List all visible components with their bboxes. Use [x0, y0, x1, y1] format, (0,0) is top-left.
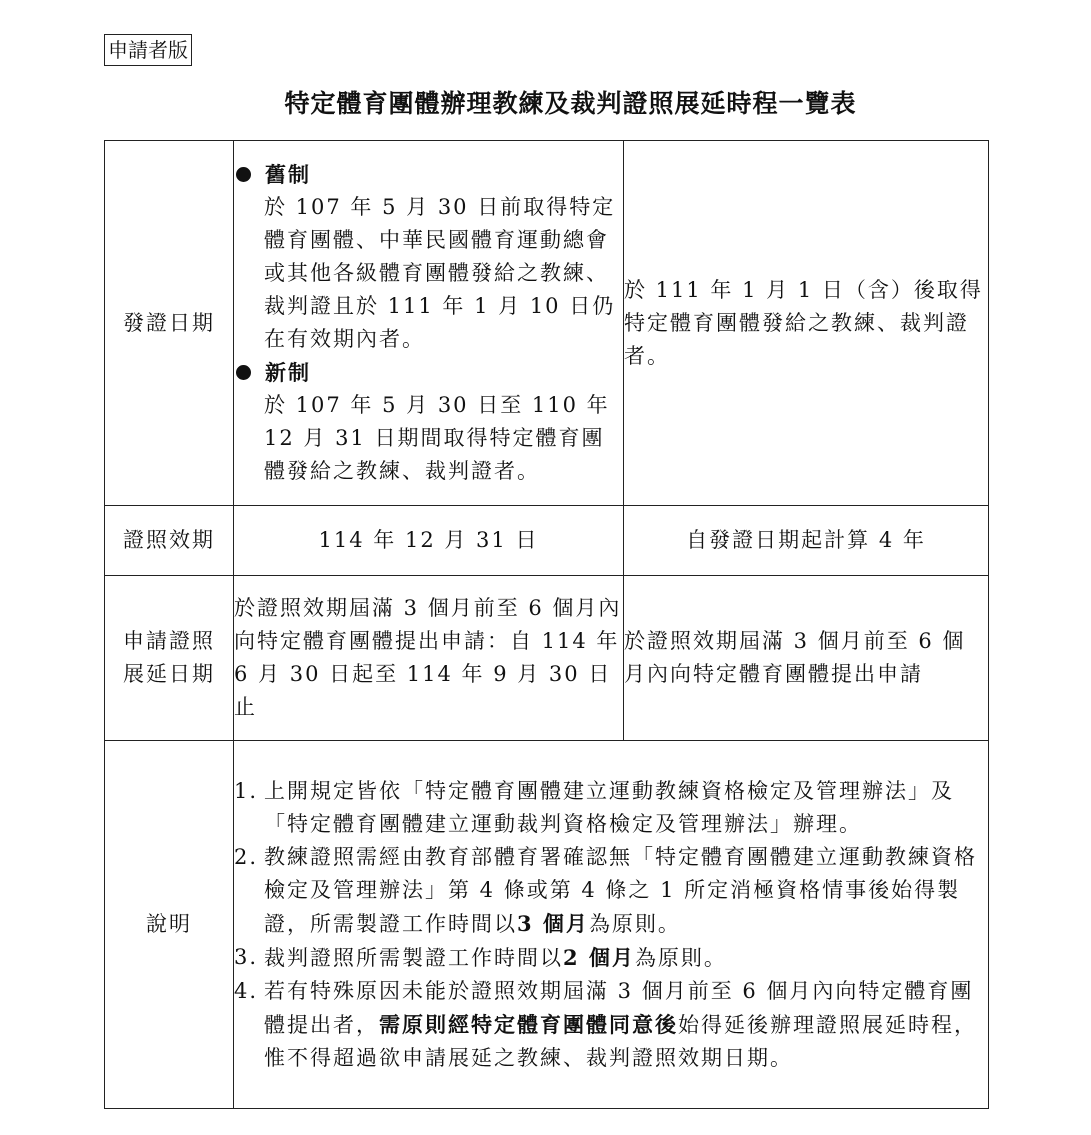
note-text-part: 為原則。	[589, 912, 681, 936]
row-label: 說明	[105, 741, 234, 1109]
row-label: 申請證照 展延日期	[105, 576, 234, 741]
old-new-system-cell: 舊制 於 107 年 5 月 30 日前取得特定體育團體、中華民國體育運動總會或…	[234, 141, 624, 506]
new-system-label: 新制	[265, 356, 311, 389]
validity-old-cell: 114 年 12 月 31 日	[234, 506, 624, 576]
schedule-table: 發證日期 舊制 於 107 年 5 月 30 日前取得特定體育團體、中華民國體育…	[104, 140, 989, 1109]
note-text-part: 為原則。	[635, 946, 727, 970]
old-system-heading: 舊制	[236, 158, 623, 191]
new-system-heading: 新制	[236, 356, 623, 389]
note-number: 4.	[234, 975, 264, 1075]
table-row-notes: 說明 1. 上開規定皆依「特定體育團體建立運動教練資格檢定及管理辦法」及「特定體…	[105, 741, 989, 1109]
row-label: 證照效期	[105, 506, 234, 576]
note-text: 若有特殊原因未能於證照效期屆滿 3 個月前至 6 個月內向特定體育團體提出者，需…	[264, 975, 980, 1075]
table-row-validity: 證照效期 114 年 12 月 31 日 自發證日期起計算 4 年	[105, 506, 989, 576]
note-emphasis: 2 個月	[563, 945, 635, 970]
note-text-part: 裁判證照所需製證工作時間以	[264, 946, 563, 970]
table-row-issue-date: 發證日期 舊制 於 107 年 5 月 30 日前取得特定體育團體、中華民國體育…	[105, 141, 989, 506]
renewal-new-cell: 於證照效期屆滿 3 個月前至 6 個月內向特定體育團體提出申請	[624, 576, 989, 741]
note-number: 3.	[234, 941, 264, 975]
note-emphasis: 需原則經特定體育團體同意後	[379, 1012, 678, 1037]
new-issue-cell: 於 111 年 1 月 1 日（含）後取得特定體育團體發給之教練、裁判證者。	[624, 141, 989, 506]
version-badge: 申請者版	[104, 34, 192, 66]
old-system-label: 舊制	[265, 158, 311, 191]
note-emphasis: 3 個月	[517, 911, 589, 936]
table-row-renewal-date: 申請證照 展延日期 於證照效期屆滿 3 個月前至 6 個月內向特定體育團體提出申…	[105, 576, 989, 741]
validity-new-cell: 自發證日期起計算 4 年	[624, 506, 989, 576]
note-item: 3. 裁判證照所需製證工作時間以2 個月為原則。	[234, 941, 980, 975]
bullet-icon	[236, 365, 251, 380]
note-text: 裁判證照所需製證工作時間以2 個月為原則。	[264, 941, 980, 975]
note-item: 1. 上開規定皆依「特定體育團體建立運動教練資格檢定及管理辦法」及「特定體育團體…	[234, 775, 980, 841]
page-title: 特定體育團體辦理教練及裁判證照展延時程一覽表	[0, 84, 1091, 124]
notes-list: 1. 上開規定皆依「特定體育團體建立運動教練資格檢定及管理辦法」及「特定體育團體…	[234, 775, 988, 1075]
row-label: 發證日期	[105, 141, 234, 506]
note-item: 2. 教練證照需經由教育部體育署確認無「特定體育團體建立運動教練資格檢定及管理辦…	[234, 841, 980, 941]
bullet-icon	[236, 167, 251, 182]
note-text: 教練證照需經由教育部體育署確認無「特定體育團體建立運動教練資格檢定及管理辦法」第…	[264, 841, 980, 941]
note-number: 1.	[234, 775, 264, 841]
new-system-body: 於 107 年 5 月 30 日至 110 年 12 月 31 日期間取得特定體…	[234, 389, 623, 488]
note-number: 2.	[234, 841, 264, 941]
notes-cell: 1. 上開規定皆依「特定體育團體建立運動教練資格檢定及管理辦法」及「特定體育團體…	[234, 741, 989, 1109]
row-label-line: 展延日期	[105, 658, 233, 691]
note-text: 上開規定皆依「特定體育團體建立運動教練資格檢定及管理辦法」及「特定體育團體建立運…	[264, 775, 980, 841]
renewal-old-cell: 於證照效期屆滿 3 個月前至 6 個月內向特定體育團體提出申請：自 114 年 …	[234, 576, 624, 741]
row-label-line: 申請證照	[105, 625, 233, 658]
old-system-body: 於 107 年 5 月 30 日前取得特定體育團體、中華民國體育運動總會或其他各…	[234, 191, 623, 356]
note-item: 4. 若有特殊原因未能於證照效期屆滿 3 個月前至 6 個月內向特定體育團體提出…	[234, 975, 980, 1075]
